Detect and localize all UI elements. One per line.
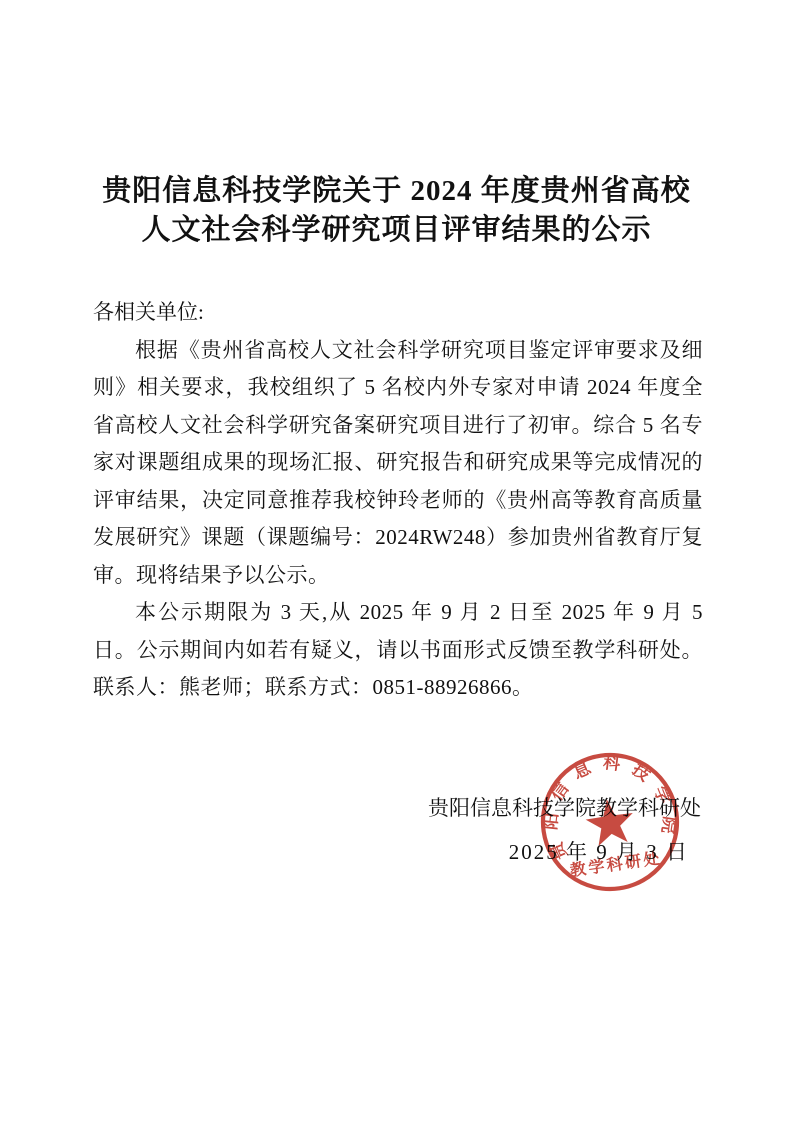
body-paragraph-1: 根据《贵州省高校人文社会科学研究项目鉴定评审要求及细则》相关要求，我校组织了 5… [93, 332, 703, 595]
signature-organization: 贵阳信息科技学院教学科研处 [428, 790, 701, 827]
signature-block: 贵阳信息科技学院教学科研处 2025 年 9 月 3 日 [428, 790, 701, 871]
salutation: 各相关单位: [93, 294, 703, 332]
body-paragraph-2: 本公示期限为 3 天,从 2025 年 9 月 2 日至 2025 年 9 月 … [93, 594, 703, 707]
document-title: 贵阳信息科技学院关于 2024 年度贵州省高校 人文社会科学研究项目评审结果的公… [55, 172, 738, 250]
title-line-1: 贵阳信息科技学院关于 2024 年度贵州省高校 [55, 172, 738, 211]
document-page: 贵阳信息科技学院关于 2024 年度贵州省高校 人文社会科学研究项目评审结果的公… [0, 0, 793, 1122]
title-line-2: 人文社会科学研究项目评审结果的公示 [55, 211, 738, 250]
document-body: 各相关单位: 根据《贵州省高校人文社会科学研究项目鉴定评审要求及细则》相关要求，… [93, 294, 703, 707]
signature-date: 2025 年 9 月 3 日 [428, 834, 701, 871]
